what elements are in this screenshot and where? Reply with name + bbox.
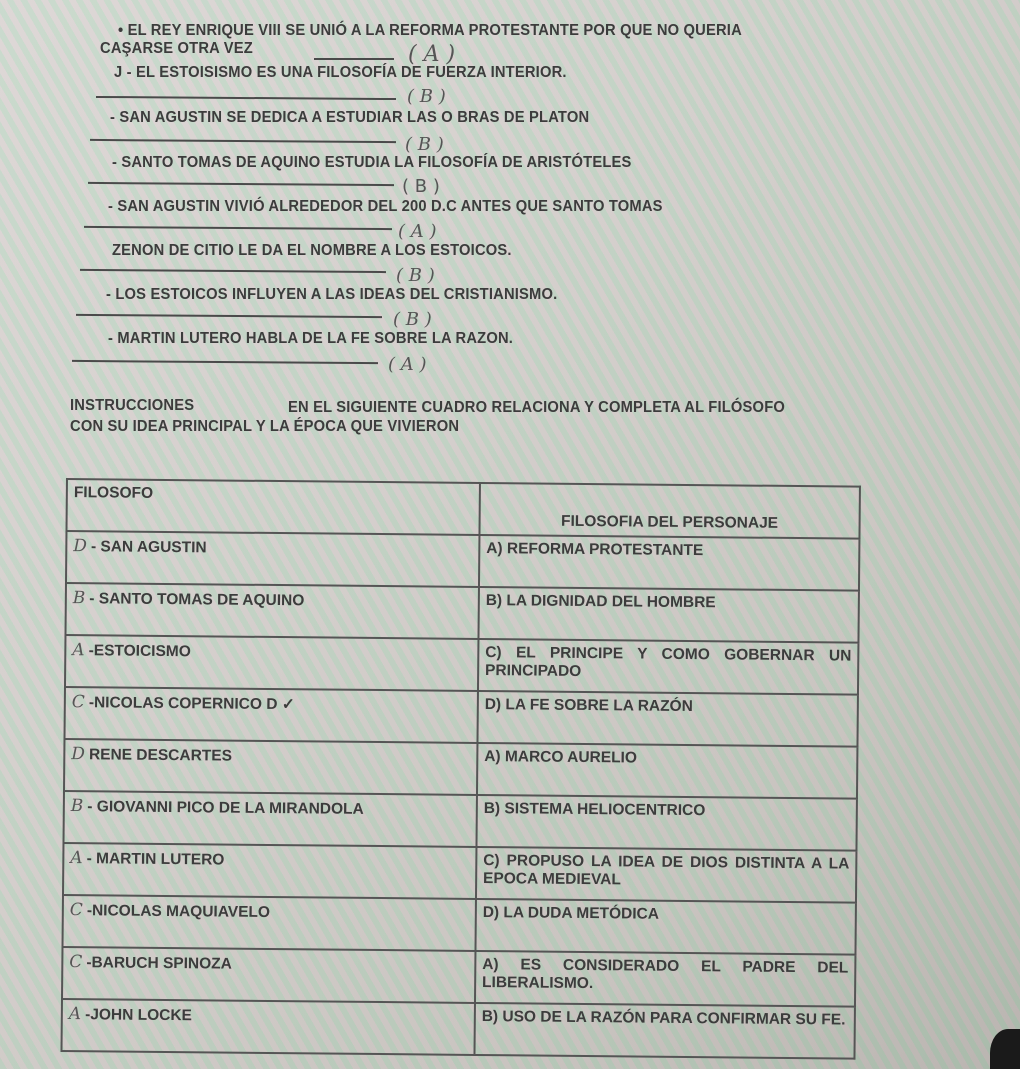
table-row: B- SANTO TOMAS DE AQUINO B) LA DIGNIDAD … [65, 583, 858, 643]
statement-1-line2: CAŞARSE OTRA VEZ [100, 40, 253, 58]
philosophy-idea: C) PROPUSO LA IDEA DE DIOS DISTINTA A LA… [476, 847, 857, 903]
philosophy-idea: B) LA DIGNIDAD DEL HOMBRE [478, 587, 859, 643]
answer-blank-3 [90, 139, 396, 143]
table-row: A-JOHN LOCKE B) USO DE LA RAZÓN PARA CON… [61, 999, 854, 1059]
instructions-line1: EN EL SIGUIENTE CUADRO RELACIONA Y COMPL… [288, 399, 785, 417]
philosopher-name: -NICOLAS MAQUIAVELO [87, 902, 270, 921]
background-object [990, 1029, 1020, 1069]
instructions-label: INSTRUCCIONES [70, 397, 194, 415]
philosopher-name: - GIOVANNI PICO DE LA MIRANDOLA [87, 798, 364, 818]
answer-6: ( B ) [396, 265, 435, 286]
statement-2: J - EL ESTOISISMO ES UNA FILOSOFÍA DE FU… [114, 64, 567, 82]
table-row: D- SAN AGUSTIN A) REFORMA PROTESTANTE [66, 531, 859, 591]
table-row: A- MARTIN LUTERO C) PROPUSO LA IDEA DE D… [63, 843, 856, 903]
table-row: B- GIOVANNI PICO DE LA MIRANDOLA B) SIST… [63, 791, 856, 851]
answer-blank-6 [80, 269, 386, 273]
handwritten-mark: A [72, 640, 84, 660]
handwritten-mark: D [73, 536, 87, 556]
answer-blank-1 [314, 58, 394, 60]
answer-5: ( A ) [398, 221, 437, 242]
philosophy-idea: B) USO DE LA RAZÓN PARA CONFIRMAR SU FE. [474, 1003, 855, 1059]
handwritten-mark: C [72, 692, 85, 712]
philosopher-name: - SANTO TOMAS DE AQUINO [89, 590, 304, 609]
statement-8: - MARTIN LUTERO HABLA DE LA FE SOBRE LA … [108, 330, 513, 348]
statement-3: - SAN AGUSTIN SE DEDICA A ESTUDIAR LAS O… [110, 109, 589, 127]
answer-blank-4 [88, 182, 394, 186]
philosopher-name: -BARUCH SPINOZA [86, 954, 232, 972]
table-row: C-NICOLAS COPERNICO D ✓ D) LA FE SOBRE L… [64, 687, 857, 747]
answer-3: ( B ) [405, 134, 444, 155]
statement-1-line1: • EL REY ENRIQUE VIII SE UNIÓ A LA REFOR… [118, 22, 742, 40]
table-row: A-ESTOICISMO C) EL PRINCIPE Y COMO GOBER… [65, 635, 858, 695]
philosopher-name: RENE DESCARTES [89, 746, 232, 764]
header-filosofia: FILOSOFIA DEL PERSONAJE [479, 483, 860, 539]
philosopher-name: - MARTIN LUTERO [87, 850, 225, 868]
table-row: C-NICOLAS MAQUIAVELO D) LA DUDA METÓDICA [62, 895, 855, 955]
answer-2: ( B ) [407, 86, 446, 107]
philosophy-idea: A) ES CONSIDERADO EL PADRE DEL LIBERALIS… [475, 951, 856, 1007]
handwritten-mark: B [71, 796, 84, 816]
philosophy-idea: A) MARCO AURELIO [477, 743, 858, 799]
answer-7: ( B ) [393, 309, 432, 330]
answer-8: ( A ) [388, 354, 427, 375]
philosopher-name: -ESTOICISMO [89, 642, 191, 660]
philosophy-idea: A) REFORMA PROTESTANTE [479, 535, 860, 591]
handwritten-mark: B [73, 588, 86, 608]
answer-blank-2 [96, 96, 396, 100]
philosopher-name: - SAN AGUSTIN [91, 538, 207, 556]
handwritten-mark: A [70, 848, 82, 868]
statement-6: ZENON DE CITIO LE DA EL NOMBRE A LOS EST… [112, 242, 512, 260]
philosophy-idea: D) LA DUDA METÓDICA [475, 899, 856, 955]
matching-table: FILOSOFO FILOSOFIA DEL PERSONAJE D- SAN … [60, 478, 860, 1060]
handwritten-mark: D [71, 744, 85, 764]
table-row: DRENE DESCARTES A) MARCO AURELIO [64, 739, 857, 799]
instructions-line2: CON SU IDEA PRINCIPAL Y LA ÉPOCA QUE VIV… [70, 418, 459, 436]
answer-blank-8 [72, 360, 378, 364]
table-header-row: FILOSOFO FILOSOFIA DEL PERSONAJE [66, 479, 859, 539]
philosopher-name: -NICOLAS COPERNICO D ✓ [89, 694, 295, 713]
handwritten-mark: C [69, 952, 82, 972]
statement-7: - LOS ESTOICOS INFLUYEN A LAS IDEAS DEL … [106, 286, 557, 304]
philosophy-idea: D) LA FE SOBRE LA RAZÓN [477, 691, 858, 747]
table-row: C-BARUCH SPINOZA A) ES CONSIDERADO EL PA… [62, 947, 855, 1007]
philosophy-idea: B) SISTEMA HELIOCENTRICO [476, 795, 857, 851]
answer-4: ( B ) [402, 176, 440, 197]
statement-5: - SAN AGUSTIN VIVIÓ ALREDEDOR DEL 200 D.… [108, 198, 663, 216]
header-filosofo: FILOSOFO [66, 479, 479, 535]
handwritten-mark: A [69, 1004, 81, 1024]
handwritten-mark: C [70, 900, 83, 920]
philosopher-name: -JOHN LOCKE [85, 1006, 192, 1024]
answer-blank-5 [84, 226, 392, 230]
answer-blank-7 [76, 314, 382, 318]
worksheet-page: • EL REY ENRIQUE VIII SE UNIÓ A LA REFOR… [0, 0, 1020, 1069]
statement-4: - SANTO TOMAS DE AQUINO ESTUDIA LA FILOS… [112, 154, 632, 172]
philosophy-idea: C) EL PRINCIPE Y COMO GOBERNAR UN PRINCI… [478, 639, 859, 695]
